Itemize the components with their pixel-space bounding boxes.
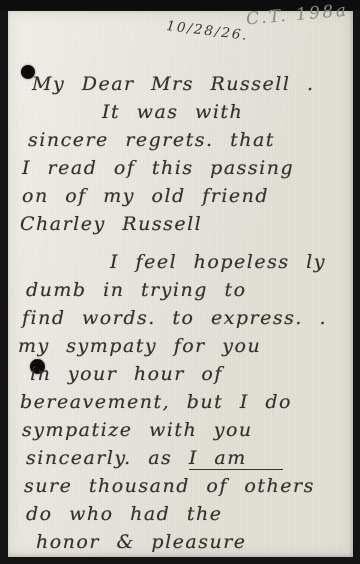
letter-line: sympatize with you bbox=[22, 416, 348, 444]
underlined-phrase: I am bbox=[189, 447, 283, 470]
letter-line: honor & pleasure bbox=[36, 528, 348, 556]
letter-line: my sympaty for you bbox=[18, 332, 348, 360]
photo-background: C.T. 198a 10/28/26. My Dear Mrs Russell … bbox=[0, 0, 360, 564]
letter-line: sincere regrets. that bbox=[28, 126, 348, 154]
archival-number: C.T. 198a bbox=[246, 1, 350, 30]
letter-line: My Dear Mrs Russell . bbox=[32, 70, 348, 98]
letter-line: bereavement, but I do bbox=[20, 388, 348, 416]
letter-line: sure thousand of others bbox=[24, 472, 348, 500]
letter-date: 10/28/26. bbox=[165, 18, 249, 44]
letter-line: find words. to express. . bbox=[22, 304, 348, 332]
letter-line: sincearly. as I am bbox=[26, 444, 348, 472]
letter-line: do who had the bbox=[26, 500, 348, 528]
letter-line: Charley Russell bbox=[20, 210, 348, 238]
letter-line: in your hour of bbox=[30, 360, 348, 388]
letter-line: I feel hopeless ly bbox=[110, 248, 348, 276]
letter-page: C.T. 198a 10/28/26. My Dear Mrs Russell … bbox=[8, 11, 353, 557]
letter-line: I read of this passing bbox=[22, 154, 348, 182]
letter-line: dumb in trying to bbox=[26, 276, 348, 304]
letter-body: My Dear Mrs Russell .It was withsincere … bbox=[18, 70, 348, 556]
letter-line: on of my old friend bbox=[22, 182, 348, 210]
letter-line: It was with bbox=[102, 98, 348, 126]
